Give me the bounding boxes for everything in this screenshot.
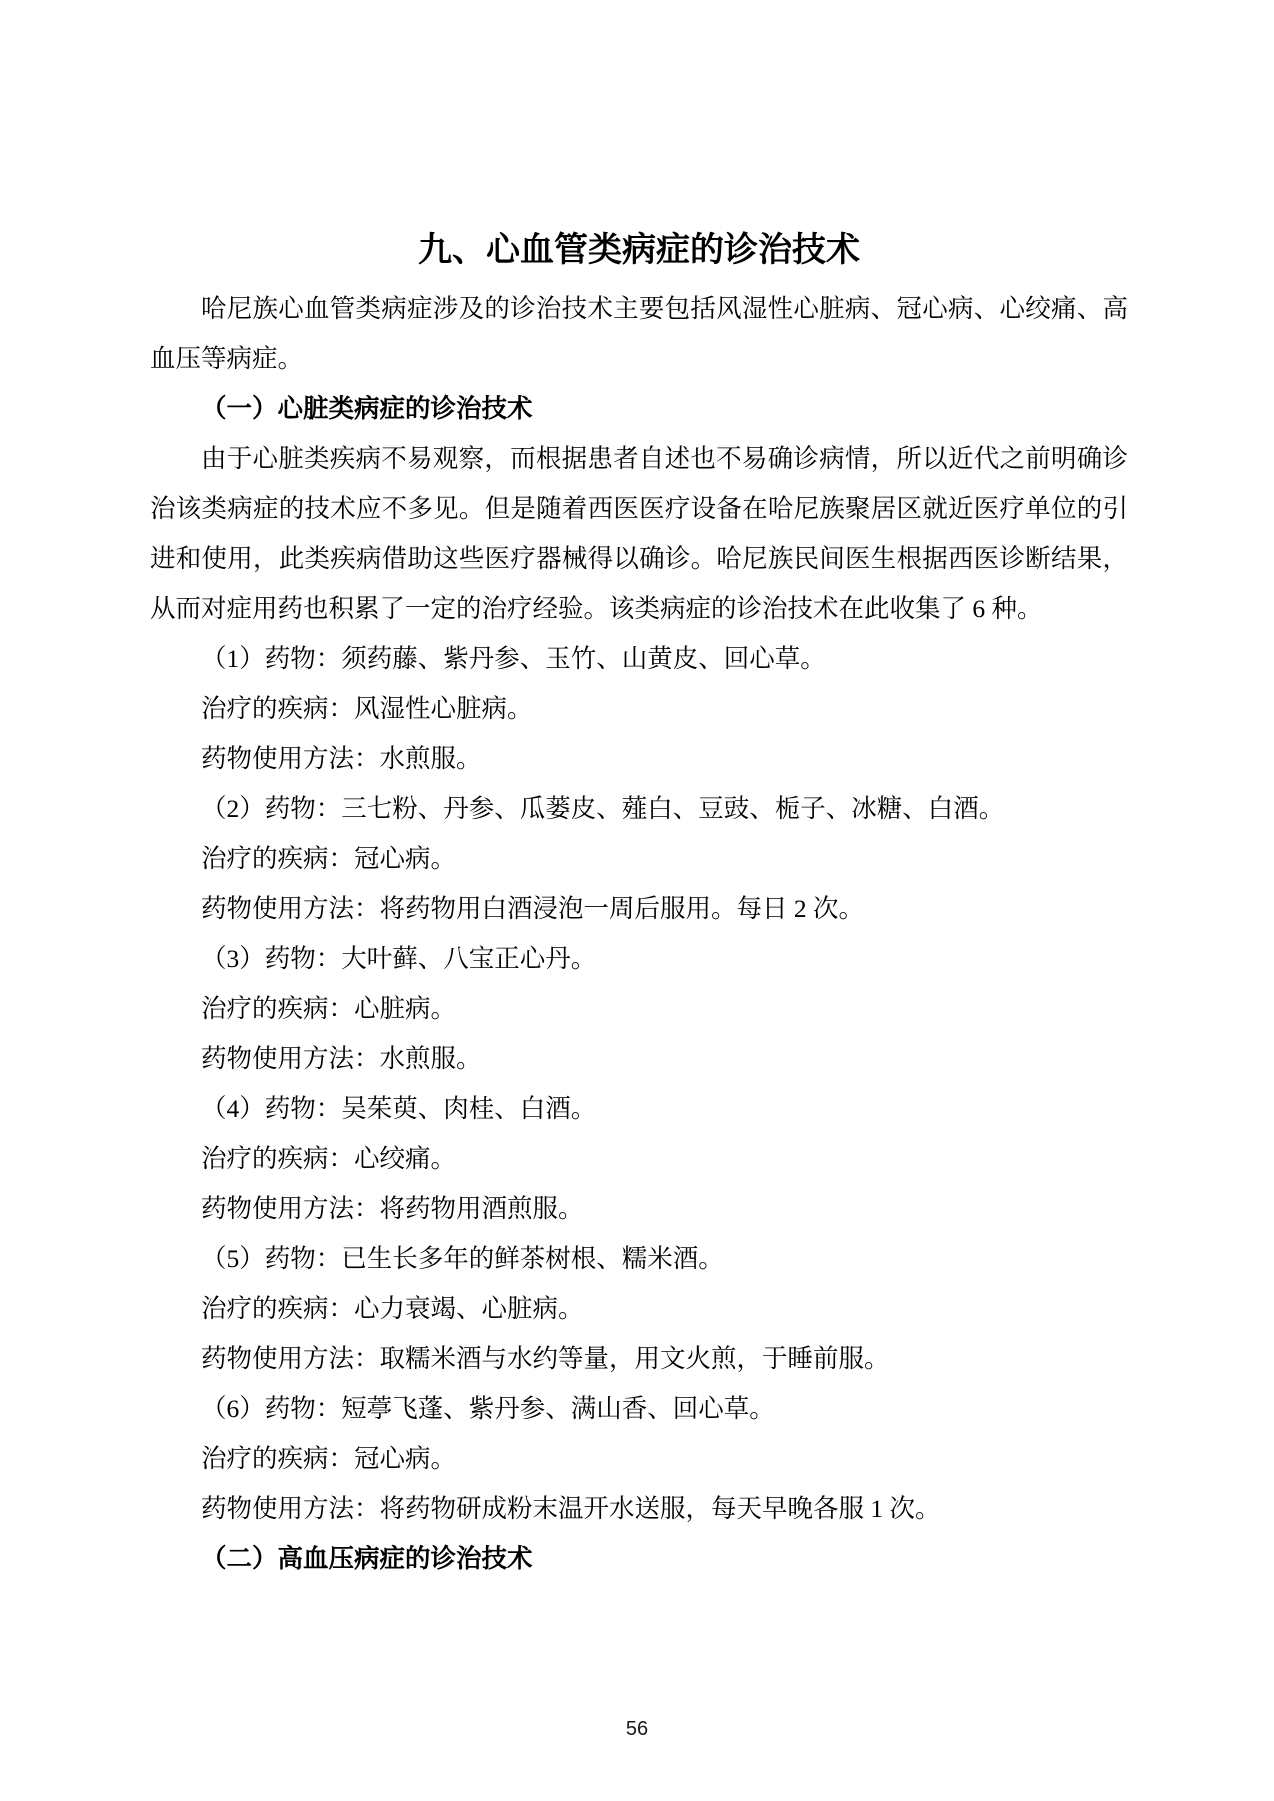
paragraph: 哈尼族心血管类病症涉及的诊治技术主要包括风湿性心脏病、冠心病、心绞痛、高血压等病… <box>150 284 1128 384</box>
document-content: 九、心血管类病症的诊治技术 哈尼族心血管类病症涉及的诊治技术主要包括风湿性心脏病… <box>150 218 1128 1584</box>
list-line: （3）药物：大叶藓、八宝正心丹。 <box>150 934 1128 984</box>
list-line: 治疗的疾病：心脏病。 <box>150 984 1128 1034</box>
list-line: 药物使用方法：将药物用白酒浸泡一周后服用。每日 2 次。 <box>150 884 1128 934</box>
list-line: 药物使用方法：水煎服。 <box>150 734 1128 784</box>
page-title: 九、心血管类病症的诊治技术 <box>150 218 1128 284</box>
list-line: 药物使用方法：将药物研成粉末温开水送服，每天早晚各服 1 次。 <box>150 1484 1128 1534</box>
list-line: （4）药物：吴茱萸、肉桂、白酒。 <box>150 1084 1128 1134</box>
section-heading: （二）高血压病症的诊治技术 <box>150 1534 1128 1584</box>
list-line: （1）药物：须药藤、紫丹参、玉竹、山黄皮、回心草。 <box>150 634 1128 684</box>
section-heading: （一）心脏类病症的诊治技术 <box>150 384 1128 434</box>
list-line: （6）药物：短葶飞蓬、紫丹参、满山香、回心草。 <box>150 1384 1128 1434</box>
page-number: 56 <box>0 1714 1274 1744</box>
list-line: 治疗的疾病：冠心病。 <box>150 1434 1128 1484</box>
list-line: 治疗的疾病：冠心病。 <box>150 834 1128 884</box>
document-page: 九、心血管类病症的诊治技术 哈尼族心血管类病症涉及的诊治技术主要包括风湿性心脏病… <box>0 0 1274 1801</box>
list-line: 药物使用方法：取糯米酒与水约等量，用文火煎，于睡前服。 <box>150 1334 1128 1384</box>
list-line: 治疗的疾病：心力衰竭、心脏病。 <box>150 1284 1128 1334</box>
list-line: 治疗的疾病：心绞痛。 <box>150 1134 1128 1184</box>
list-line: 药物使用方法：水煎服。 <box>150 1034 1128 1084</box>
document-body: 哈尼族心血管类病症涉及的诊治技术主要包括风湿性心脏病、冠心病、心绞痛、高血压等病… <box>150 284 1128 1584</box>
list-line: 治疗的疾病：风湿性心脏病。 <box>150 684 1128 734</box>
list-line: （5）药物：已生长多年的鲜茶树根、糯米酒。 <box>150 1234 1128 1284</box>
list-line: （2）药物：三七粉、丹参、瓜蒌皮、薤白、豆豉、栀子、冰糖、白酒。 <box>150 784 1128 834</box>
list-line: 药物使用方法：将药物用酒煎服。 <box>150 1184 1128 1234</box>
paragraph: 由于心脏类疾病不易观察，而根据患者自述也不易确诊病情，所以近代之前明确诊治该类病… <box>150 434 1128 634</box>
